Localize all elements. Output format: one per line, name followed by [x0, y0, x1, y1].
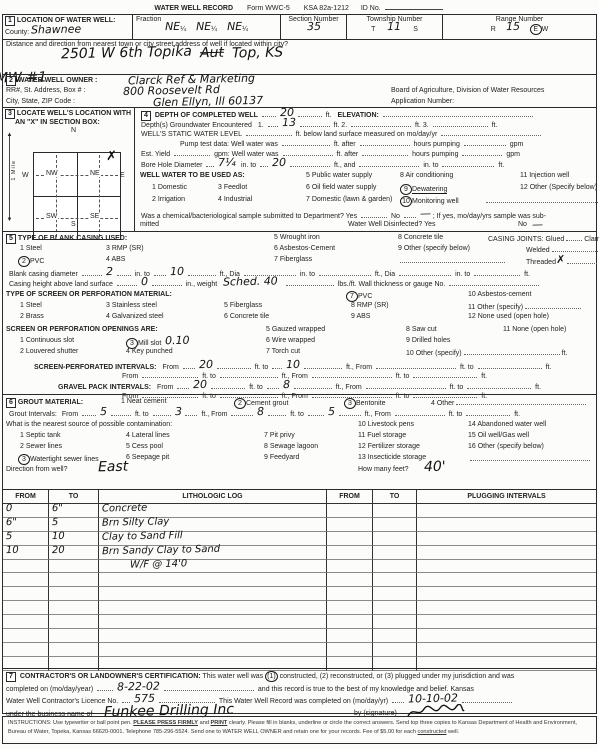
- feet-label: How many feet?: [358, 466, 409, 473]
- grout-option-4: 4 Other: [431, 398, 588, 407]
- quadrant-ne: NE: [89, 170, 101, 177]
- casing-option-6: 6 Asbestos-Cement: [274, 245, 335, 252]
- ft-to-label: ft. to: [249, 384, 263, 391]
- dotted-leader: [153, 409, 171, 416]
- ft-label: ft.: [498, 162, 504, 169]
- after-label: ft. after: [334, 141, 356, 148]
- table-cell: [373, 587, 417, 601]
- table-cell: [417, 504, 596, 518]
- instructions-text-4: well.: [446, 729, 459, 735]
- table-cell: [99, 643, 327, 657]
- dotted-leader: [413, 371, 477, 378]
- gw-2-label: ft. 2.: [334, 122, 348, 129]
- from-label: From: [62, 411, 78, 418]
- dotted-leader: [117, 269, 131, 276]
- form-id-label: ID No.: [361, 5, 381, 12]
- grout-3-label: Bentonite: [356, 400, 386, 407]
- in-to-label: in. to: [241, 162, 256, 169]
- casing-option-3: 3 RMP (SR): [106, 245, 144, 252]
- range-r: R: [491, 26, 496, 33]
- screen-option-4: 4 Galvanized steel: [106, 313, 164, 320]
- grout-intervals-label: Grout Intervals:: [9, 411, 57, 418]
- sample-question: Was a chemical/bacteriological sample su…: [141, 213, 357, 220]
- screen-option-6: 6 Concrete tile: [224, 313, 269, 320]
- dotted-leader: [154, 269, 166, 276]
- ft-from-label: ft., From: [365, 411, 391, 418]
- table-row: [3, 615, 596, 629]
- distance-value: 2501 W 6th Topika: [61, 48, 192, 60]
- table-cell: 0: [3, 504, 49, 518]
- fraction-3: NE: [227, 22, 242, 31]
- opening-option-4: 4 Key punched: [126, 348, 173, 355]
- section-square: NW NE SW SE ✗: [33, 152, 121, 240]
- cell-value: 0: [6, 504, 13, 513]
- dotted-leader: [142, 371, 198, 378]
- owner-title: WATER WELL OWNER :: [18, 77, 97, 84]
- hours-pumping-label: hours pumping: [412, 151, 458, 158]
- distance-struck-text: Aut: [200, 49, 224, 58]
- table-cell: [417, 546, 596, 560]
- section-7-certification: 7 CONTRACTOR'S OR LANDOWNER'S CERTIFICAT…: [2, 668, 597, 714]
- table-cell: W/F @ 14'0: [99, 560, 327, 574]
- casing-height-label: Casing height above land surface: [9, 281, 113, 288]
- dotted-leader: [456, 398, 586, 405]
- ft-and-label: ft., and: [334, 162, 355, 169]
- bore-diameter-value: 7¼: [218, 158, 236, 167]
- dotted-leader: [464, 139, 506, 146]
- certification-text-6: This Water Well Record was completed on …: [219, 698, 388, 705]
- opening-option-11: 11 None (open hole): [503, 326, 566, 333]
- use-option-7: 7 Domestic (lawn & garden): [306, 196, 392, 203]
- dotted-leader: [433, 120, 488, 127]
- opening-option-5: 5 Gauzed wrapped: [266, 326, 325, 333]
- square-center-horizontal: [34, 196, 120, 197]
- contamination-9: 9 Feedyard: [264, 454, 299, 461]
- dotted-leader: [220, 371, 278, 378]
- joints-clamped-label: Clamped: [584, 236, 599, 243]
- completed-date: 8-22-02: [117, 681, 160, 691]
- table-cell: [49, 573, 99, 587]
- dotted-leader: [449, 279, 539, 286]
- dotted-leader: [282, 139, 330, 146]
- after-label: ft. after: [336, 151, 358, 158]
- cell-value: W/F @ 14'0: [130, 559, 187, 569]
- range-value: 15: [506, 22, 520, 31]
- col-header-plugging: PLUGGING INTERVALS: [417, 490, 596, 504]
- table-cell: [373, 518, 417, 532]
- table-cell: [327, 532, 373, 546]
- section-number: 2: [6, 76, 16, 86]
- direction-label: Direction from well?: [6, 466, 67, 473]
- section-number-value: 35: [306, 22, 320, 31]
- table-cell: [327, 601, 373, 615]
- certification-text-5: Water Well Contractor's Licence No.: [6, 698, 118, 705]
- joints-threaded: Threaded✗: [526, 256, 599, 266]
- joints-threaded-label: Threaded: [526, 259, 556, 266]
- mile-arrow: [9, 136, 10, 220]
- elevation-label: ELEVATION:: [338, 112, 379, 119]
- range-w: W: [542, 26, 549, 33]
- grout-i1-to: 3: [174, 407, 181, 416]
- screen-option-12: 12 None used (open hole): [468, 313, 549, 320]
- use-10-number-circled: 10: [400, 196, 412, 207]
- section-4-depth: 4 DEPTH OF COMPLETED WELL 20 ft. ELEVATI…: [135, 108, 596, 231]
- disinfected-question: Water Well Disinfected? Yes: [348, 221, 436, 228]
- table-cell: [327, 615, 373, 629]
- owner-city: Glen Ellyn, Ill 60137: [153, 96, 263, 107]
- cell-value: Clay to Sand Fill: [102, 531, 183, 542]
- section-6-grout: 6GROUT MATERIAL: 1 Neat cement 2Cement g…: [2, 394, 597, 490]
- record-date: 10-10-02: [408, 693, 458, 703]
- mile-arrow-up: ▲: [7, 132, 13, 138]
- dotted-leader: [383, 110, 533, 117]
- form-header: WATER WELL RECORD Form WWC-5 KSA 82a-121…: [0, 3, 599, 12]
- contamination-3-marked: 3Watertight sewer lines: [18, 454, 99, 465]
- static-level-suffix: ft. below land surface measured on mo/da…: [296, 131, 438, 138]
- section-3-4-row: 3LOCATE WELL'S LOCATION WITH AN "X" IN S…: [2, 107, 597, 232]
- use-option-3: 3 Feedlot: [218, 184, 247, 191]
- quadrant-se: SE: [89, 213, 100, 220]
- dotted-leader: [376, 362, 456, 369]
- grout-i2-from: 8: [257, 407, 264, 416]
- ft-to-label: ft. to: [396, 373, 410, 380]
- dotted-leader: [552, 245, 599, 252]
- casing-option-4: 4 ABS: [106, 256, 125, 263]
- dotted-leader: [400, 256, 505, 263]
- contamination-6: 6 Seepage pit: [126, 454, 169, 461]
- from-label: From: [157, 384, 173, 391]
- perf-from-value: 20: [199, 360, 213, 369]
- bore-diameter-label: Bore Hole Diameter: [141, 162, 202, 169]
- casing-joints-glued: CASING JOINTS: GluedClamped: [488, 234, 599, 243]
- table-cell: [3, 587, 49, 601]
- grout-2-label: Cement grout: [246, 400, 288, 407]
- use-option-8: 8 Air conditioning: [400, 172, 453, 179]
- table-cell: [99, 573, 327, 587]
- use-option-5: 5 Public water supply: [306, 172, 372, 179]
- table-cell: [49, 587, 99, 601]
- ft-label: ft.: [546, 364, 552, 371]
- compass-w: W: [22, 172, 29, 179]
- quadrant-nw: NW: [45, 170, 59, 177]
- table-row: 06"Concrete: [3, 504, 596, 518]
- casing-option-1: 1 Steel: [20, 245, 42, 252]
- mile-arrow-down: ▼: [7, 217, 13, 223]
- table-cell: [49, 629, 99, 643]
- dotted-leader: [294, 382, 332, 389]
- table-cell: 10: [3, 546, 49, 560]
- table-cell: [417, 643, 596, 657]
- groundwater-1-value: 13: [282, 118, 296, 127]
- gravel-to-value: 8: [283, 380, 290, 389]
- form-number: Form WWC-5: [247, 5, 290, 12]
- water-well-record-form: WATER WELL RECORD Form WWC-5 KSA 82a-121…: [0, 0, 599, 749]
- table-cell: [417, 518, 596, 532]
- table-cell: [99, 629, 327, 643]
- table-cell: [417, 573, 596, 587]
- col-header-to-2: TO: [373, 490, 417, 504]
- table-cell: 6": [3, 518, 49, 532]
- dotted-leader: [206, 160, 214, 167]
- township-t: T: [371, 26, 375, 33]
- depth-completed-label: DEPTH OF COMPLETED WELL: [155, 112, 258, 119]
- dotted-leader: [467, 382, 531, 389]
- compass-s: S: [71, 221, 76, 228]
- ft-from-label: ft., From: [336, 384, 362, 391]
- grout-title: GROUT MATERIAL:: [18, 399, 83, 406]
- table-cell: [49, 615, 99, 629]
- contamination-3-number-circled: 3: [18, 454, 30, 465]
- locate-title-2: AN "X" IN SECTION BOX:: [15, 119, 132, 126]
- dotted-leader: [188, 269, 216, 276]
- groundwater-label: Depth(s) Groundwater Encountered: [141, 122, 252, 129]
- dotted-leader: [359, 160, 419, 167]
- casing-title: TYPE OF BLANK CASING USED:: [18, 235, 127, 242]
- dotted-leader: [97, 684, 113, 691]
- bore-depth-value: 20: [272, 158, 286, 167]
- feet-value: 40': [424, 463, 446, 472]
- casing-option-7: 7 Fiberglass: [274, 256, 312, 263]
- table-cell: [417, 601, 596, 615]
- opening-option-1: 1 Continuous slot: [20, 337, 74, 344]
- grout-i1-from: 5: [100, 407, 107, 416]
- screen-option-2: 2 Brass: [20, 313, 44, 320]
- disinfected-no-mark: —: [532, 220, 543, 229]
- contamination-10: 10 Livestock pens: [358, 421, 414, 428]
- quarter-symbol: ¼: [180, 26, 186, 33]
- township-value: 11: [387, 22, 401, 31]
- township-s: S: [413, 26, 418, 33]
- casing-option-5: 5 Wrought iron: [274, 234, 320, 241]
- dotted-leader: [262, 110, 276, 117]
- dotted-leader: [267, 382, 279, 389]
- gravel-from-value: 20: [193, 380, 207, 389]
- opening-option-8: 8 Saw cut: [406, 326, 437, 333]
- dotted-leader: [82, 269, 102, 276]
- cell-value: 6": [6, 518, 17, 527]
- owner-city-label: City, State, ZIP Code :: [6, 98, 75, 105]
- lith-rows: 06"Concrete6"5Brn Silty Clay510Clay to S…: [3, 504, 596, 671]
- dotted-leader: [268, 409, 286, 416]
- opening-3-label: Mill slot: [138, 340, 161, 347]
- table-header-row: FROM TO LITHOLOGIC LOG FROM TO PLUGGING …: [3, 490, 596, 504]
- table-cell: [417, 615, 596, 629]
- section-number-cell: Section Number 35: [281, 15, 347, 39]
- dotted-leader: [470, 454, 590, 461]
- dotted-leader: [122, 696, 130, 703]
- instructions-press-firmly: PLEASE PRESS FIRMLY: [133, 720, 198, 726]
- screen-material-label: TYPE OF SCREEN OR PERFORATION MATERIAL:: [6, 291, 172, 298]
- dotted-leader: [82, 409, 96, 416]
- cell-value: 10: [52, 532, 65, 541]
- table-cell: 10: [49, 532, 99, 546]
- gravel-intervals-label: GRAVEL PACK INTERVALS:: [58, 384, 151, 391]
- dotted-leader: [462, 149, 502, 156]
- contamination-4: 4 Lateral lines: [126, 432, 170, 439]
- table-cell: [99, 601, 327, 615]
- in-to-label: in. to: [300, 271, 315, 278]
- dotted-leader: [174, 149, 210, 156]
- weight-value: Sched. 40: [223, 276, 278, 286]
- dotted-leader: [395, 409, 445, 416]
- casing-option-2-marked: 2PVC: [18, 256, 44, 267]
- square-dashed-v1: [56, 155, 57, 237]
- dotted-leader: [486, 196, 599, 203]
- table-cell: [417, 532, 596, 546]
- table-cell: [3, 573, 49, 587]
- dotted-leader: [399, 269, 451, 276]
- section-number: 1: [5, 16, 15, 26]
- table-cell: [327, 546, 373, 560]
- table-cell: [373, 546, 417, 560]
- range-cell: Range Number R 15 EW: [443, 15, 596, 39]
- openings-label: SCREEN OR PERFORATION OPENINGS ARE:: [6, 326, 158, 333]
- table-cell: [327, 643, 373, 657]
- dotted-leader: [304, 362, 342, 369]
- dotted-leader: [260, 160, 268, 167]
- quarter-symbol: ¼: [211, 26, 217, 33]
- table-cell: [49, 643, 99, 657]
- table-cell: [417, 587, 596, 601]
- table-cell: [327, 629, 373, 643]
- form-title: WATER WELL RECORD: [154, 5, 233, 12]
- instructions-text-1: INSTRUCTIONS: Use typewriter or ball poi…: [8, 720, 133, 726]
- disinfected-no-label: No: [518, 221, 527, 228]
- contamination-3-label: Watertight sewer lines: [30, 456, 99, 463]
- table-cell: [417, 560, 596, 574]
- cell-value: 5: [6, 532, 13, 541]
- contamination-2: 2 Sewer lines: [20, 443, 62, 450]
- ft-to-label: ft. to: [460, 364, 474, 371]
- contamination-11: 11 Fuel storage: [358, 432, 406, 439]
- col-header-from: FROM: [3, 490, 49, 504]
- weight-label: in., weight: [186, 281, 218, 288]
- table-row: 1020Brn Sandy Clay to Sand: [3, 546, 596, 560]
- ft-to-label: ft. to: [255, 364, 269, 371]
- section-number: 7: [6, 672, 16, 682]
- dotted-leader: [462, 696, 512, 703]
- certification-text-1: This water well was: [202, 673, 263, 680]
- lithologic-log-table: FROM TO LITHOLOGIC LOG FROM TO PLUGGING …: [2, 489, 597, 669]
- hours-pumping-label: hours pumping: [414, 141, 460, 148]
- gw-1-label: 1.: [258, 122, 264, 129]
- joints-glued-label: CASING JOINTS: Glued: [488, 236, 564, 243]
- dotted-leader: [566, 234, 582, 241]
- dotted-leader: [312, 371, 392, 378]
- ft-label: ft.: [562, 350, 568, 357]
- perf-to-value: 10: [286, 360, 300, 369]
- instructions-text-2: and: [198, 720, 210, 726]
- dotted-leader: [286, 279, 334, 286]
- sample-no-label: No: [391, 213, 400, 220]
- table-row: [3, 643, 596, 657]
- square-dashed-v2: [99, 155, 100, 237]
- use-option-6: 6 Oil field water supply: [306, 184, 376, 191]
- instructions-print: PRINT: [211, 720, 228, 726]
- table-cell: 5: [49, 518, 99, 532]
- dotted-leader: [268, 120, 278, 127]
- table-cell: 6": [49, 504, 99, 518]
- casing-option-9: 9 Other (specify below): [398, 245, 470, 252]
- table-cell: [373, 504, 417, 518]
- dotted-leader: [290, 160, 330, 167]
- table-cell: [49, 601, 99, 615]
- threaded-check-mark: ✗: [556, 255, 565, 264]
- screen-7-label: PVC: [358, 293, 372, 300]
- use-option-11: 11 Injection well: [520, 172, 569, 179]
- screen-11-label: 11 Other (specify): [468, 304, 523, 311]
- ft-to-label: ft. to: [450, 384, 464, 391]
- section-3-locate: 3LOCATE WELL'S LOCATION WITH AN "X" IN S…: [3, 108, 135, 231]
- section-number: 3: [5, 109, 15, 119]
- ft-to-label: ft. to: [135, 411, 149, 418]
- gpm-label: gpm: [506, 151, 520, 158]
- contamination-12: 12 Fertilizer storage: [358, 443, 420, 450]
- perf-intervals-label: SCREEN-PERFORATED INTERVALS:: [34, 364, 157, 371]
- certification-heading: CONTRACTOR'S OR LANDOWNER'S CERTIFICATIO…: [20, 673, 201, 680]
- casing-diameter-value: 2: [106, 267, 113, 276]
- opening-10-label: 10 Other (specify): [406, 350, 462, 357]
- dotted-leader: [272, 362, 282, 369]
- quadrant-sw: SW: [45, 213, 58, 220]
- static-level-label: WELL'S STATIC WATER LEVEL: [141, 131, 242, 138]
- compass-n: N: [71, 127, 76, 134]
- opening-option-9: 9 Drilled holes: [406, 337, 450, 344]
- section-1-location: 1LOCATION OF WATER WELL: County: Shawnee…: [2, 14, 597, 75]
- dotted-leader: [525, 302, 581, 309]
- dotted-leader: [111, 409, 131, 416]
- table-cell: [373, 643, 417, 657]
- ft-label: ft.: [524, 271, 530, 278]
- form-ksa: KSA 82a-1212: [304, 5, 349, 12]
- dotted-leader: [366, 382, 446, 389]
- table-cell: [373, 532, 417, 546]
- board-of-agriculture: Board of Agriculture, Division of Water …: [391, 87, 544, 94]
- dotted-leader: [117, 279, 137, 286]
- use-10-label: Monitoring well: [412, 198, 459, 205]
- table-cell: [373, 560, 417, 574]
- table-cell: [417, 629, 596, 643]
- in-to-label: in. to: [423, 162, 438, 169]
- table-cell: [327, 518, 373, 532]
- dotted-leader: [185, 409, 197, 416]
- owner-address-label: RR#, St. Address, Box # :: [6, 87, 85, 94]
- dotted-leader: [404, 211, 416, 218]
- grout-4-label: 4 Other: [431, 400, 454, 407]
- mile-scale-label: 1 Mile: [11, 160, 17, 181]
- cell-value: 6": [52, 504, 63, 513]
- fraction-1: NE: [165, 22, 180, 31]
- table-cell: 20: [49, 546, 99, 560]
- dotted-leader: [339, 409, 361, 416]
- ft-from-label: ft., From: [346, 364, 372, 371]
- use-label: WELL WATER TO BE USED AS:: [140, 172, 245, 179]
- screen-option-8: 8 RMP (SR): [351, 302, 389, 309]
- col-header-to: TO: [49, 490, 99, 504]
- wall-thickness-label: lbs./ft. Wall thickness or gauge No.: [338, 281, 446, 288]
- dotted-leader: [362, 149, 408, 156]
- grout-option-1: 1 Neat cement: [121, 398, 167, 405]
- dotted-leader: [442, 160, 494, 167]
- certification-text-2: constructed, (2) reconstructed, or (3) p…: [280, 673, 515, 680]
- contamination-14: 14 Abandoned water well: [468, 421, 546, 428]
- from-label: From: [162, 364, 178, 371]
- dotted-leader: [466, 409, 510, 416]
- dotted-leader: [464, 348, 560, 355]
- section-2-owner: 2WATER WELL OWNER : Clarck Ref & Marketi…: [2, 74, 597, 108]
- dotted-leader: [211, 382, 245, 389]
- grout-i2-to: 5: [328, 407, 335, 416]
